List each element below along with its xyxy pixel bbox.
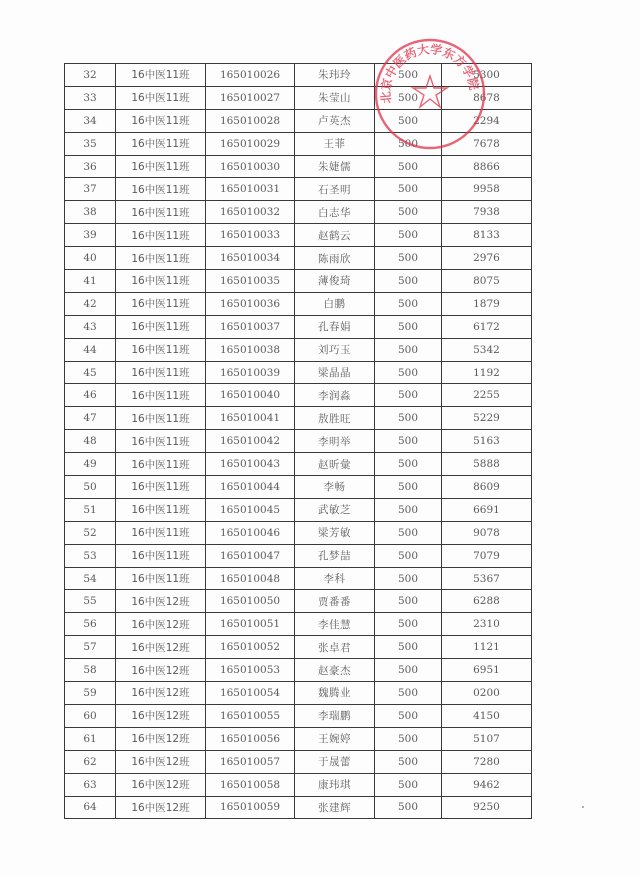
base-amount-cell: 500 xyxy=(375,224,442,247)
base-amount-cell: 500 xyxy=(375,796,442,819)
row-number-cell: 56 xyxy=(65,613,116,636)
table-row: 6116中医12班165010056王婉婷5005107 xyxy=(65,727,532,750)
code-cell: 8609 xyxy=(442,476,532,499)
student-name-cell: 卢英杰 xyxy=(295,109,375,132)
student-name-cell: 赵昕彙 xyxy=(295,453,375,476)
student-id-cell: 165010051 xyxy=(206,613,295,636)
class-name-cell: 16中医11班 xyxy=(116,567,206,590)
student-name-cell: 李润淼 xyxy=(295,384,375,407)
student-name-cell: 王菲 xyxy=(295,132,375,155)
class-name-cell: 16中医11班 xyxy=(116,86,206,109)
student-id-cell: 165010048 xyxy=(206,567,295,590)
student-name-cell: 朱玮玲 xyxy=(295,64,375,87)
class-name-cell: 16中医11班 xyxy=(116,384,206,407)
class-name-cell: 16中医12班 xyxy=(116,682,206,705)
table-row: 4416中医11班165010038刘巧玉5005342 xyxy=(65,338,532,361)
table-row: 6316中医12班165010058康玮琪5009462 xyxy=(65,773,532,796)
row-number-cell: 50 xyxy=(65,476,116,499)
code-cell: 5888 xyxy=(442,453,532,476)
row-number-cell: 47 xyxy=(65,407,116,430)
base-amount-cell: 500 xyxy=(375,407,442,430)
student-id-cell: 165010033 xyxy=(206,224,295,247)
student-name-cell: 赵鹤云 xyxy=(295,224,375,247)
base-amount-cell: 500 xyxy=(375,704,442,727)
row-number-cell: 51 xyxy=(65,498,116,521)
class-name-cell: 16中医11班 xyxy=(116,407,206,430)
row-number-cell: 32 xyxy=(65,64,116,87)
base-amount-cell: 500 xyxy=(375,86,442,109)
code-cell: 8075 xyxy=(442,270,532,293)
student-id-cell: 165010045 xyxy=(206,498,295,521)
base-amount-cell: 500 xyxy=(375,682,442,705)
student-id-cell: 165010027 xyxy=(206,86,295,109)
code-cell: 6691 xyxy=(442,498,532,521)
student-id-cell: 165010054 xyxy=(206,682,295,705)
row-number-cell: 37 xyxy=(65,178,116,201)
code-cell: 6172 xyxy=(442,315,532,338)
code-cell: 8678 xyxy=(442,86,532,109)
code-cell: 1879 xyxy=(442,292,532,315)
row-number-cell: 46 xyxy=(65,384,116,407)
row-number-cell: 64 xyxy=(65,796,116,819)
table-row: 5416中医11班165010048李科5005367 xyxy=(65,567,532,590)
student-name-cell: 刘巧玉 xyxy=(295,338,375,361)
base-amount-cell: 500 xyxy=(375,544,442,567)
table-row: 4516中医11班165010039梁晶晶5001192 xyxy=(65,361,532,384)
student-id-cell: 165010053 xyxy=(206,659,295,682)
student-id-cell: 165010040 xyxy=(206,384,295,407)
student-name-cell: 陈雨欣 xyxy=(295,247,375,270)
student-name-cell: 王婉婷 xyxy=(295,727,375,750)
base-amount-cell: 500 xyxy=(375,590,442,613)
student-id-cell: 165010035 xyxy=(206,270,295,293)
class-name-cell: 16中医11班 xyxy=(116,270,206,293)
table-row: 3716中医11班165010031石圣明5009958 xyxy=(65,178,532,201)
code-cell: 9462 xyxy=(442,773,532,796)
code-cell: 4150 xyxy=(442,704,532,727)
student-id-cell: 165010038 xyxy=(206,338,295,361)
base-amount-cell: 500 xyxy=(375,109,442,132)
student-name-cell: 于晟蕾 xyxy=(295,750,375,773)
student-name-cell: 李畅 xyxy=(295,476,375,499)
code-cell: 1192 xyxy=(442,361,532,384)
class-name-cell: 16中医11班 xyxy=(116,476,206,499)
table-row: 6016中医12班165010055李瑞鹏5004150 xyxy=(65,704,532,727)
code-cell: 9250 xyxy=(442,796,532,819)
base-amount-cell: 500 xyxy=(375,178,442,201)
student-id-cell: 165010034 xyxy=(206,247,295,270)
code-cell: 6951 xyxy=(442,659,532,682)
scan-speck xyxy=(582,806,584,808)
student-id-cell: 165010050 xyxy=(206,590,295,613)
table-row: 3816中医11班165010032白志华5007938 xyxy=(65,201,532,224)
row-number-cell: 57 xyxy=(65,636,116,659)
code-cell: 8133 xyxy=(442,224,532,247)
code-cell: 5163 xyxy=(442,430,532,453)
code-cell: 2255 xyxy=(442,384,532,407)
code-cell: 5107 xyxy=(442,727,532,750)
student-name-cell: 薄俊琦 xyxy=(295,270,375,293)
table-row: 5616中医12班165010051李佳慧5002310 xyxy=(65,613,532,636)
table-row: 4616中医11班165010040李润淼5002255 xyxy=(65,384,532,407)
student-id-cell: 165010031 xyxy=(206,178,295,201)
base-amount-cell: 500 xyxy=(375,201,442,224)
table-row: 5516中医12班165010050贾番番5006288 xyxy=(65,590,532,613)
base-amount-cell: 500 xyxy=(375,750,442,773)
table-row: 5216中医11班165010046梁芳敏5009078 xyxy=(65,521,532,544)
table-row: 5316中医11班165010047孔梦喆5007079 xyxy=(65,544,532,567)
student-id-cell: 165010029 xyxy=(206,132,295,155)
student-id-cell: 165010032 xyxy=(206,201,295,224)
row-number-cell: 38 xyxy=(65,201,116,224)
student-name-cell: 孔春娟 xyxy=(295,315,375,338)
class-name-cell: 16中医11班 xyxy=(116,201,206,224)
class-name-cell: 16中医11班 xyxy=(116,453,206,476)
base-amount-cell: 500 xyxy=(375,361,442,384)
roster-table-body: 3216中医11班165010026朱玮玲50053003316中医11班165… xyxy=(65,64,532,819)
student-id-cell: 165010043 xyxy=(206,453,295,476)
row-number-cell: 39 xyxy=(65,224,116,247)
student-id-cell: 165010057 xyxy=(206,750,295,773)
row-number-cell: 62 xyxy=(65,750,116,773)
row-number-cell: 58 xyxy=(65,659,116,682)
base-amount-cell: 500 xyxy=(375,659,442,682)
row-number-cell: 36 xyxy=(65,155,116,178)
row-number-cell: 55 xyxy=(65,590,116,613)
student-name-cell: 张卓君 xyxy=(295,636,375,659)
base-amount-cell: 500 xyxy=(375,292,442,315)
code-cell: 2310 xyxy=(442,613,532,636)
table-row: 4116中医11班165010035薄俊琦5008075 xyxy=(65,270,532,293)
student-name-cell: 孔梦喆 xyxy=(295,544,375,567)
table-row: 4816中医11班165010042李明举5005163 xyxy=(65,430,532,453)
row-number-cell: 35 xyxy=(65,132,116,155)
class-name-cell: 16中医12班 xyxy=(116,636,206,659)
student-roster-table: 3216中医11班165010026朱玮玲50053003316中医11班165… xyxy=(64,63,532,819)
code-cell: 8866 xyxy=(442,155,532,178)
base-amount-cell: 500 xyxy=(375,636,442,659)
class-name-cell: 16中医11班 xyxy=(116,361,206,384)
student-name-cell: 李佳慧 xyxy=(295,613,375,636)
code-cell: 7079 xyxy=(442,544,532,567)
row-number-cell: 34 xyxy=(65,109,116,132)
code-cell: 1121 xyxy=(442,636,532,659)
student-id-cell: 165010030 xyxy=(206,155,295,178)
student-name-cell: 张建辉 xyxy=(295,796,375,819)
student-id-cell: 165010037 xyxy=(206,315,295,338)
student-name-cell: 李科 xyxy=(295,567,375,590)
student-name-cell: 梁晶晶 xyxy=(295,361,375,384)
row-number-cell: 41 xyxy=(65,270,116,293)
base-amount-cell: 500 xyxy=(375,132,442,155)
row-number-cell: 52 xyxy=(65,521,116,544)
class-name-cell: 16中医12班 xyxy=(116,613,206,636)
student-id-cell: 165010055 xyxy=(206,704,295,727)
student-name-cell: 贾番番 xyxy=(295,590,375,613)
class-name-cell: 16中医11班 xyxy=(116,64,206,87)
table-row: 3616中医11班165010030朱婕儒5008866 xyxy=(65,155,532,178)
base-amount-cell: 500 xyxy=(375,521,442,544)
table-row: 4716中医11班165010041敖胜旺5005229 xyxy=(65,407,532,430)
class-name-cell: 16中医11班 xyxy=(116,155,206,178)
table-row: 5116中医11班165010045武敏芝5006691 xyxy=(65,498,532,521)
base-amount-cell: 500 xyxy=(375,338,442,361)
row-number-cell: 54 xyxy=(65,567,116,590)
base-amount-cell: 500 xyxy=(375,270,442,293)
student-id-cell: 165010039 xyxy=(206,361,295,384)
base-amount-cell: 500 xyxy=(375,384,442,407)
code-cell: 0200 xyxy=(442,682,532,705)
class-name-cell: 16中医12班 xyxy=(116,727,206,750)
student-name-cell: 白鹏 xyxy=(295,292,375,315)
code-cell: 7938 xyxy=(442,201,532,224)
base-amount-cell: 500 xyxy=(375,315,442,338)
table-row: 5716中医12班165010052张卓君5001121 xyxy=(65,636,532,659)
scanned-document-page: 3216中医11班165010026朱玮玲50053003316中医11班165… xyxy=(0,0,640,876)
code-cell: 5300 xyxy=(442,64,532,87)
table-row: 3516中医11班165010029王菲5007678 xyxy=(65,132,532,155)
student-id-cell: 165010036 xyxy=(206,292,295,315)
table-row: 6216中医12班165010057于晟蕾5007280 xyxy=(65,750,532,773)
table-row: 3416中医11班165010028卢英杰5002294 xyxy=(65,109,532,132)
student-name-cell: 李瑞鹏 xyxy=(295,704,375,727)
table-row: 5816中医12班165010053赵豪杰5006951 xyxy=(65,659,532,682)
code-cell: 9958 xyxy=(442,178,532,201)
class-name-cell: 16中医11班 xyxy=(116,109,206,132)
table-row: 5016中医11班165010044李畅5008609 xyxy=(65,476,532,499)
student-name-cell: 敖胜旺 xyxy=(295,407,375,430)
student-id-cell: 165010046 xyxy=(206,521,295,544)
class-name-cell: 16中医11班 xyxy=(116,338,206,361)
base-amount-cell: 500 xyxy=(375,247,442,270)
student-id-cell: 165010047 xyxy=(206,544,295,567)
table-row: 4316中医11班165010037孔春娟5006172 xyxy=(65,315,532,338)
base-amount-cell: 500 xyxy=(375,613,442,636)
row-number-cell: 63 xyxy=(65,773,116,796)
student-name-cell: 武敏芝 xyxy=(295,498,375,521)
class-name-cell: 16中医11班 xyxy=(116,247,206,270)
table-row: 6416中医12班165010059张建辉5009250 xyxy=(65,796,532,819)
base-amount-cell: 500 xyxy=(375,498,442,521)
class-name-cell: 16中医11班 xyxy=(116,292,206,315)
class-name-cell: 16中医11班 xyxy=(116,498,206,521)
row-number-cell: 61 xyxy=(65,727,116,750)
table-row: 3316中医11班165010027朱莹山5008678 xyxy=(65,86,532,109)
table-row: 4216中医11班165010036白鹏5001879 xyxy=(65,292,532,315)
class-name-cell: 16中医12班 xyxy=(116,773,206,796)
class-name-cell: 16中医12班 xyxy=(116,704,206,727)
student-id-cell: 165010052 xyxy=(206,636,295,659)
code-cell: 5367 xyxy=(442,567,532,590)
row-number-cell: 44 xyxy=(65,338,116,361)
student-id-cell: 165010059 xyxy=(206,796,295,819)
code-cell: 2976 xyxy=(442,247,532,270)
base-amount-cell: 500 xyxy=(375,64,442,87)
base-amount-cell: 500 xyxy=(375,453,442,476)
code-cell: 2294 xyxy=(442,109,532,132)
row-number-cell: 48 xyxy=(65,430,116,453)
student-name-cell: 朱莹山 xyxy=(295,86,375,109)
row-number-cell: 43 xyxy=(65,315,116,338)
student-name-cell: 梁芳敏 xyxy=(295,521,375,544)
row-number-cell: 33 xyxy=(65,86,116,109)
class-name-cell: 16中医11班 xyxy=(116,521,206,544)
code-cell: 6288 xyxy=(442,590,532,613)
class-name-cell: 16中医12班 xyxy=(116,796,206,819)
code-cell: 9078 xyxy=(442,521,532,544)
table-row: 3916中医11班165010033赵鹤云5008133 xyxy=(65,224,532,247)
base-amount-cell: 500 xyxy=(375,155,442,178)
base-amount-cell: 500 xyxy=(375,567,442,590)
student-id-cell: 165010028 xyxy=(206,109,295,132)
table-row: 4916中医11班165010043赵昕彙5005888 xyxy=(65,453,532,476)
student-name-cell: 魏腾业 xyxy=(295,682,375,705)
student-name-cell: 李明举 xyxy=(295,430,375,453)
class-name-cell: 16中医11班 xyxy=(116,315,206,338)
student-id-cell: 165010056 xyxy=(206,727,295,750)
class-name-cell: 16中医11班 xyxy=(116,544,206,567)
student-name-cell: 赵豪杰 xyxy=(295,659,375,682)
table-row: 5916中医12班165010054魏腾业5000200 xyxy=(65,682,532,705)
class-name-cell: 16中医11班 xyxy=(116,178,206,201)
row-number-cell: 40 xyxy=(65,247,116,270)
row-number-cell: 49 xyxy=(65,453,116,476)
table-row: 3216中医11班165010026朱玮玲5005300 xyxy=(65,64,532,87)
code-cell: 5342 xyxy=(442,338,532,361)
class-name-cell: 16中医11班 xyxy=(116,430,206,453)
student-name-cell: 白志华 xyxy=(295,201,375,224)
code-cell: 7678 xyxy=(442,132,532,155)
base-amount-cell: 500 xyxy=(375,476,442,499)
student-id-cell: 165010058 xyxy=(206,773,295,796)
student-id-cell: 165010044 xyxy=(206,476,295,499)
class-name-cell: 16中医11班 xyxy=(116,224,206,247)
student-id-cell: 165010041 xyxy=(206,407,295,430)
row-number-cell: 42 xyxy=(65,292,116,315)
row-number-cell: 45 xyxy=(65,361,116,384)
base-amount-cell: 500 xyxy=(375,773,442,796)
student-name-cell: 朱婕儒 xyxy=(295,155,375,178)
code-cell: 5229 xyxy=(442,407,532,430)
row-number-cell: 53 xyxy=(65,544,116,567)
table-row: 4016中医11班165010034陈雨欣5002976 xyxy=(65,247,532,270)
base-amount-cell: 500 xyxy=(375,727,442,750)
class-name-cell: 16中医11班 xyxy=(116,132,206,155)
class-name-cell: 16中医12班 xyxy=(116,590,206,613)
class-name-cell: 16中医12班 xyxy=(116,750,206,773)
class-name-cell: 16中医12班 xyxy=(116,659,206,682)
student-name-cell: 康玮琪 xyxy=(295,773,375,796)
student-name-cell: 石圣明 xyxy=(295,178,375,201)
student-id-cell: 165010042 xyxy=(206,430,295,453)
code-cell: 7280 xyxy=(442,750,532,773)
row-number-cell: 60 xyxy=(65,704,116,727)
student-id-cell: 165010026 xyxy=(206,64,295,87)
base-amount-cell: 500 xyxy=(375,430,442,453)
row-number-cell: 59 xyxy=(65,682,116,705)
